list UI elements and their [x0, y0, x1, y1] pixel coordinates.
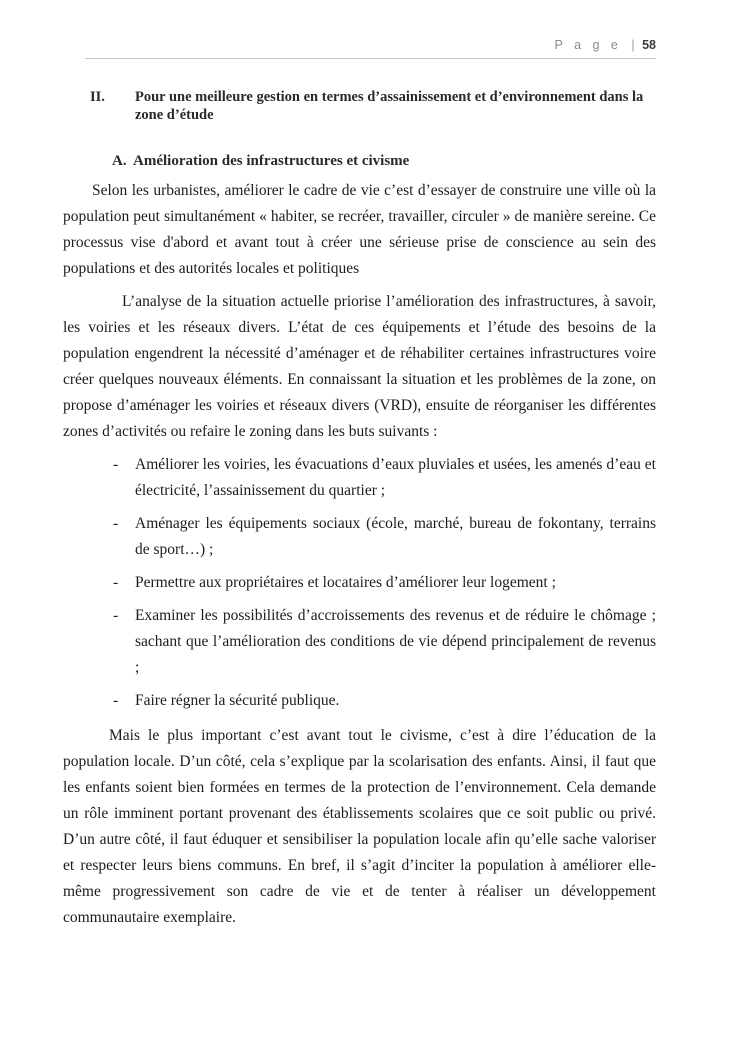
page-header-label: P a g e [554, 38, 621, 52]
subsection-heading: A. Amélioration des infrastructures et c… [112, 152, 656, 171]
page-header-separator: | [631, 38, 634, 52]
list-item: - Faire régner la sécurité publique. [113, 688, 656, 714]
list-item: - Permettre aux propriétaires et locatai… [113, 570, 656, 596]
list-item-text: Permettre aux propriétaires et locataire… [135, 570, 656, 596]
dash-marker: - [113, 688, 135, 714]
section-title: Pour une meilleure gestion en termes d’a… [135, 88, 656, 124]
list-item-text: Faire régner la sécurité publique. [135, 688, 656, 714]
list-item-text: Examiner les possibilités d’accroissemen… [135, 603, 656, 681]
list-item-text: Aménager les équipements sociaux (école,… [135, 511, 656, 563]
page-header: P a g e | 58 [85, 38, 656, 59]
list-item: - Examiner les possibilités d’accroissem… [113, 603, 656, 681]
dash-marker: - [113, 603, 135, 681]
dash-marker: - [113, 452, 135, 504]
list-item: - Améliorer les voiries, les évacuations… [113, 452, 656, 504]
objectives-list: - Améliorer les voiries, les évacuations… [63, 452, 656, 714]
section-heading: II. Pour une meilleure gestion en termes… [90, 88, 656, 124]
dash-marker: - [113, 511, 135, 563]
list-item: - Aménager les équipements sociaux (écol… [113, 511, 656, 563]
document-page: P a g e | 58 II. Pour une meilleure gest… [0, 0, 745, 1053]
subsection-title: Amélioration des infrastructures et civi… [133, 152, 409, 171]
paragraph-civisme: Mais le plus important c’est avant tout … [63, 723, 656, 931]
section-number: II. [90, 88, 135, 124]
paragraph-intro: Selon les urbanistes, améliorer le cadre… [63, 178, 656, 282]
page-number: 58 [642, 38, 656, 52]
page-content: P a g e | 58 II. Pour une meilleure gest… [63, 0, 656, 931]
list-item-text: Améliorer les voiries, les évacuations d… [135, 452, 656, 504]
dash-marker: - [113, 570, 135, 596]
subsection-number: A. [112, 152, 133, 171]
paragraph-analysis: L’analyse de la situation actuelle prior… [63, 289, 656, 445]
